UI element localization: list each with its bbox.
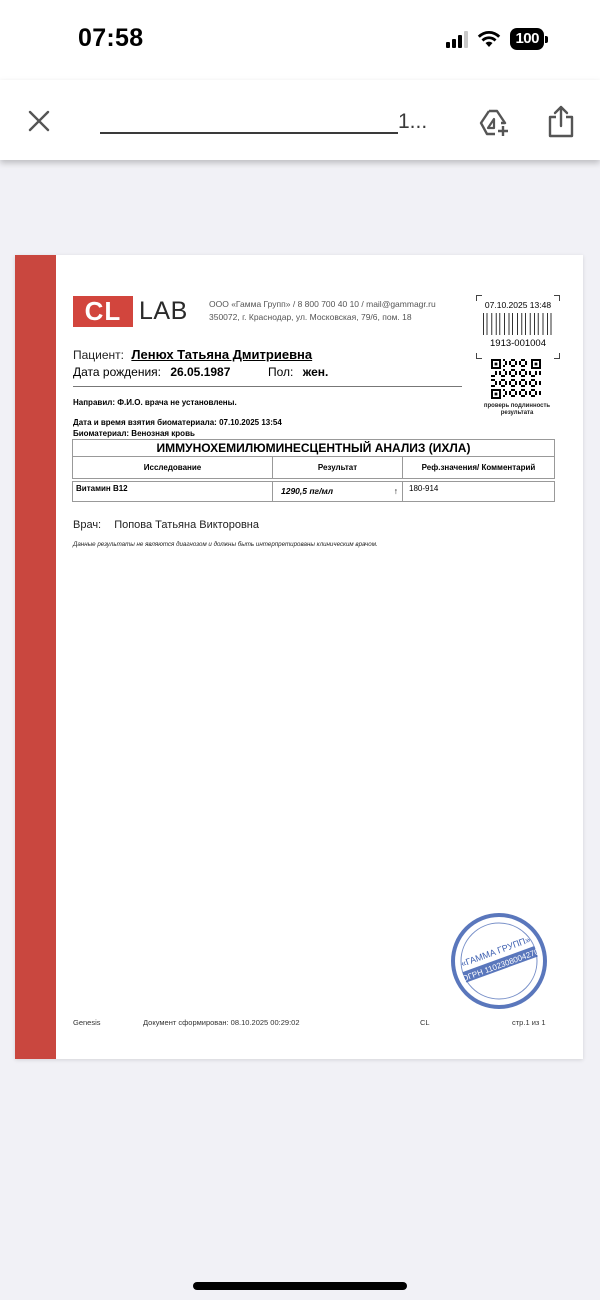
stamp-icon: «ГАММА ГРУПП» ОГРН 1102308004270 bbox=[437, 909, 557, 1019]
status-time: 07:58 bbox=[78, 24, 143, 53]
dob-value: 26.05.1987 bbox=[170, 365, 230, 379]
home-indicator[interactable] bbox=[193, 1282, 407, 1290]
doctor-name: Попова Татьяна Викторовна bbox=[114, 519, 259, 531]
sex-value: жен. bbox=[303, 365, 329, 379]
logo-lab: LAB bbox=[139, 297, 188, 326]
divider bbox=[73, 386, 462, 387]
patient-name: Ленюх Татьяна Дмитриевна bbox=[131, 347, 312, 362]
cell-result: 1290,5 пг/мл ↑ bbox=[273, 482, 403, 501]
barcode-datetime: 07.10.2025 13:48 bbox=[476, 300, 560, 310]
share-icon[interactable] bbox=[546, 104, 576, 138]
qr-caption: проверь подлинность результата bbox=[470, 403, 564, 417]
title-underline bbox=[100, 114, 398, 134]
battery-level: 100 bbox=[510, 28, 544, 50]
close-icon[interactable] bbox=[26, 108, 52, 134]
battery-icon: 100 bbox=[510, 28, 548, 50]
result-value: 1290,5 пг/мл bbox=[281, 486, 333, 499]
column-header-reference: Реф.значения/ Комментарий bbox=[403, 457, 554, 478]
cell-test: Витамин B12 bbox=[73, 482, 273, 501]
results-table-header: ИММУНОХЕМИЛЮМИНЕСЦЕНТНЫЙ АНАЛИЗ (ИХЛА) И… bbox=[72, 439, 555, 479]
patient-line: Пациент: Ленюх Татьяна Дмитриевна bbox=[73, 347, 312, 362]
document-title: 1... bbox=[100, 110, 427, 134]
logo-cl: CL bbox=[73, 296, 133, 327]
company-info: ООО «Гамма Групп» / 8 800 700 40 10 / ma… bbox=[209, 298, 436, 324]
barcode-number: 1913-001004 bbox=[476, 338, 560, 349]
nav-bar: 1... bbox=[0, 80, 600, 160]
dob-line: Дата рождения: 26.05.1987 bbox=[73, 365, 230, 379]
disclaimer: Данные результаты не являются диагнозом … bbox=[73, 541, 378, 548]
signal-icon bbox=[446, 30, 468, 48]
cell-reference: 180-914 bbox=[403, 482, 554, 501]
column-header-result: Результат bbox=[273, 457, 403, 478]
biomaterial: Биоматериал: Венозная кровь bbox=[73, 429, 195, 438]
sex-line: Пол: жен. bbox=[268, 365, 328, 379]
page-stripe bbox=[15, 255, 56, 1059]
footer-system: Genesis bbox=[73, 1018, 101, 1027]
dob-label: Дата рождения: bbox=[73, 365, 161, 379]
arrow-up-icon: ↑ bbox=[394, 486, 398, 499]
status-bar: 07:58 100 bbox=[0, 0, 600, 80]
column-header-test: Исследование bbox=[73, 457, 273, 478]
title-suffix: 1... bbox=[398, 110, 427, 133]
document-page: CL LAB ООО «Гамма Групп» / 8 800 700 40 … bbox=[15, 255, 583, 1059]
company-line-1: ООО «Гамма Групп» / 8 800 700 40 10 / ma… bbox=[209, 298, 436, 311]
cl-lab-logo: CL LAB bbox=[73, 296, 188, 327]
qr-code-icon[interactable] bbox=[491, 359, 541, 399]
wifi-icon bbox=[477, 30, 501, 48]
doctor-line: Врач: Попова Татьяна Викторовна bbox=[73, 519, 259, 531]
footer-generated: Документ сформирован: 08.10.2025 00:29:0… bbox=[143, 1018, 300, 1027]
referrer: Направил: Ф.И.О. врача не установлены. bbox=[73, 398, 237, 407]
sex-label: Пол: bbox=[268, 365, 293, 379]
barcode-block: 07.10.2025 13:48 1913-001004 bbox=[476, 295, 560, 359]
table-row: Витамин B12 1290,5 пг/мл ↑ 180-914 bbox=[72, 481, 555, 502]
table-title: ИММУНОХЕМИЛЮМИНЕСЦЕНТНЫЙ АНАЛИЗ (ИХЛА) bbox=[73, 440, 554, 457]
footer-code: CL bbox=[420, 1018, 430, 1027]
sample-time: Дата и время взятия биоматериала: 07.10.… bbox=[73, 418, 282, 427]
status-icons: 100 bbox=[446, 28, 548, 50]
markup-icon[interactable] bbox=[478, 106, 512, 138]
footer-page: стр.1 из 1 bbox=[512, 1018, 546, 1027]
patient-label: Пациент: bbox=[73, 348, 124, 362]
doctor-label: Врач: bbox=[73, 519, 101, 531]
company-line-2: 350072, г. Краснодар, ул. Московская, 79… bbox=[209, 311, 436, 324]
barcode-icon bbox=[483, 313, 553, 335]
